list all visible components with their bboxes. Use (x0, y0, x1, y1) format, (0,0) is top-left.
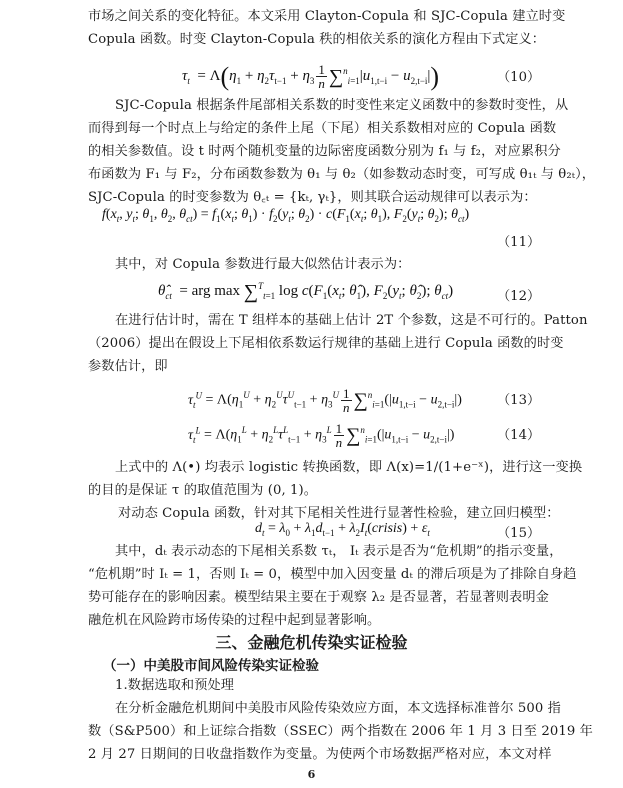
equation-12: θ̂ct = arg max ∑Tt=1 log c(F1(xt; θ̂1), … (158, 281, 453, 304)
equation-number: （13） (497, 389, 540, 408)
equation-number: （15） (497, 522, 540, 541)
paragraph-line: 1.数据选取和预处理 (115, 677, 538, 695)
paragraph-line: 融危机在风险跨市场传染的过程中起到显著影响。 (88, 612, 538, 630)
equation-number: （12） (497, 285, 540, 304)
paragraph-line: 参数估计，即 (88, 358, 538, 376)
paragraph-line: Copula 函数。时变 Clayton-Copula 秩的相依关系的演化方程由… (88, 31, 538, 49)
paragraph-line: 布函数为 F₁ 与 F₂，分布函数参数为 θ₁ 与 θ₂（如参数动态时变，可写成… (88, 166, 538, 184)
paragraph-line: SJC-Copula 根据条件尾部相关系数的时变性来定义函数中的参数时变性，从 (115, 97, 538, 115)
paragraph-line: 在分析金融危机期间中美股市风险传染效应方面，本文选择标准普尔 500 指 (115, 700, 538, 718)
subsection-heading: （一）中美股市间风险传染实证检验 (103, 654, 319, 674)
section-heading: 三、金融危机传染实证检验 (0, 630, 623, 653)
equation-number: （11） (497, 231, 540, 250)
equation-11: f(xt, yt; θ1, θ2, θct) = f1(xt; θ1) · f2… (102, 207, 469, 224)
equation-14: τtL = Λ(η1L + η2LτLt−1 + η3L1n∑ni=1(|u1,… (188, 422, 454, 449)
paragraph-line: 上式中的 Λ(•) 均表示 logistic 转换函数，即 Λ(x)=1/(1+… (115, 459, 538, 477)
paragraph-line: 而得到每一个时点上与给定的条件上尾（下尾）相关系数相对应的 Copula 函数 (88, 120, 538, 138)
paragraph-line: 势可能存在的影响因素。模型结果主要在于观察 λ₂ 是否显著，若显著则表明金 (88, 589, 538, 607)
paragraph-line: 在进行估计时，需在 T 组样本的基础上估计 2T 个参数，这是不可行的。Patt… (115, 312, 538, 330)
paragraph-line: 数（S&P500）和上证综合指数（SSEC）两个指数在 2006 年 1 月 3… (88, 723, 538, 741)
equation-15: dt = λ0 + λ1dt−1 + λ2It(crisis) + εt (255, 521, 430, 538)
paragraph-line: 的目的是保证 τ 的取值范围为 (0, 1)。 (88, 482, 538, 500)
paragraph-line: 的相关参数值。设 t 时两个随机变量的边际密度函数分别为 f₁ 与 f₂，对应累… (88, 143, 538, 161)
equation-10: τt = Λ(η1 + η2τt−1 + η31n∑ni=1|u1,t−i − … (182, 62, 439, 92)
paragraph-line: SJC-Copula 的时变参数为 θ꜀ₜ = {kₜ, γₜ}，则其联合运动规… (88, 189, 538, 207)
paragraph-line: “危机期”时 Iₜ = 1，否则 Iₜ = 0，模型中加入因变量 dₜ 的滞后项… (88, 566, 538, 584)
equation-13: τtU = Λ(η1U + η2UτUt−1 + η3U1n∑ni=1(|u1,… (188, 387, 462, 414)
page-number: 6 (0, 768, 623, 781)
paragraph-line: 市场之间关系的变化特征。本文采用 Clayton-Copula 和 SJC-Co… (88, 8, 538, 26)
paragraph-line: （2006）提出在假设上下尾相依系数运行规律的基础上进行 Copula 函数的时… (88, 335, 538, 353)
equation-number: （10） (497, 66, 540, 85)
paragraph-line: 2 月 27 日期间的日收盘指数作为变量。为使两个市场数据严格对应，本文对样 (88, 746, 538, 764)
equation-number: （14） (497, 424, 540, 443)
paragraph-line: 其中，dₜ 表示动态的下尾相关系数 τₜ， Iₜ 表示是否为“危机期”的指示变量… (115, 543, 538, 561)
document-page: 市场之间关系的变化特征。本文采用 Clayton-Copula 和 SJC-Co… (0, 0, 623, 788)
paragraph-line: 其中，对 Copula 参数进行最大似然估计表示为： (115, 256, 538, 274)
